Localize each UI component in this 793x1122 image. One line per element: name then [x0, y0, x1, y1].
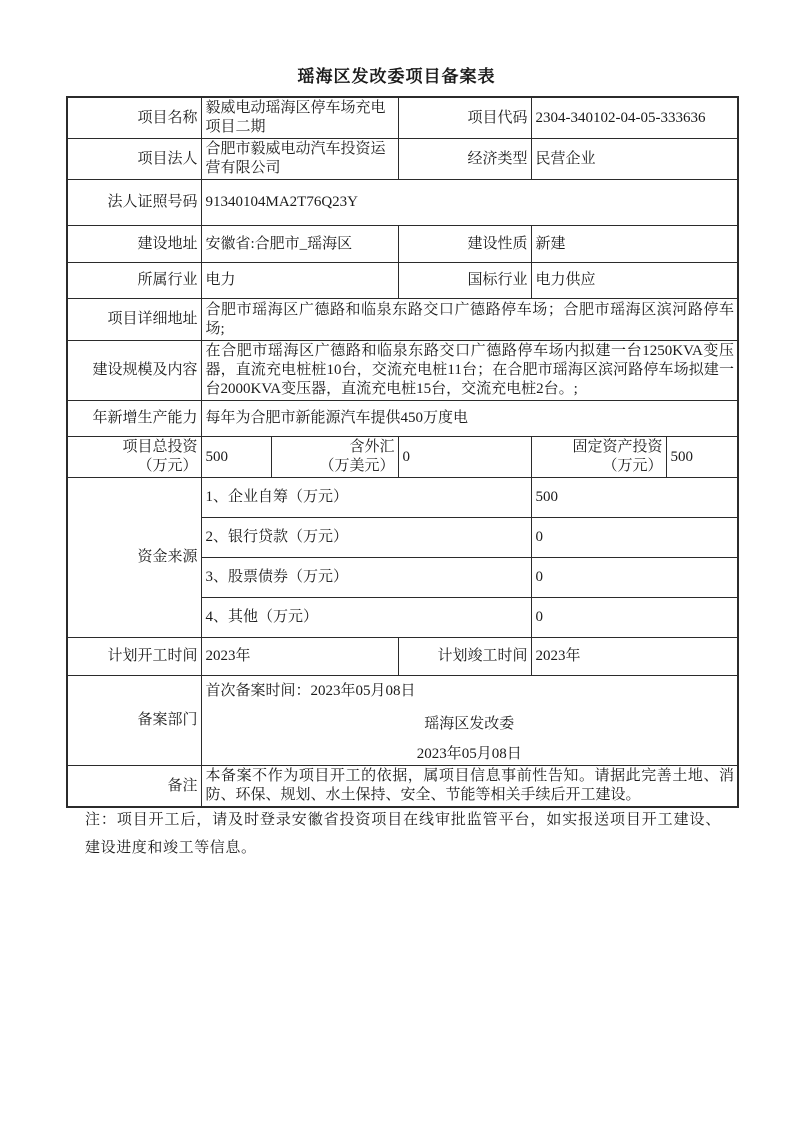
funding-item-3-name: 3、股票债券（万元） — [201, 558, 531, 598]
total-investment-value: 500 — [201, 437, 271, 478]
project-name-label: 项目名称 — [67, 97, 201, 139]
build-nature-label: 建设性质 — [398, 226, 531, 263]
funding-item-1-value: 500 — [531, 478, 738, 518]
row-investment: 项目总投资 （万元） 500 含外汇 （万美元） 0 固定资产投资 （万元） 5… — [67, 437, 738, 478]
first-filing-time: 首次备案时间：2023年05月08日 — [202, 676, 738, 701]
build-nature-value: 新建 — [531, 226, 738, 263]
row-scale-content: 建设规模及内容 在合肥市瑶海区广德路和临泉东路交口广德路停车场内拟建一台1250… — [67, 341, 738, 401]
row-legal-person: 项目法人 合肥市毅威电动汽车投资运营有限公司 经济类型 民营企业 — [67, 139, 738, 180]
foreign-exchange-value: 0 — [398, 437, 531, 478]
row-build-address: 建设地址 安徽省:合肥市_瑶海区 建设性质 新建 — [67, 226, 738, 263]
annual-capacity-label: 年新增生产能力 — [67, 401, 201, 437]
foreign-exchange-label: 含外汇 （万美元） — [271, 437, 398, 478]
plan-start-value: 2023年 — [201, 638, 398, 676]
funding-item-4-value: 0 — [531, 598, 738, 638]
plan-finish-label: 计划竣工时间 — [398, 638, 531, 676]
gb-industry-value: 电力供应 — [531, 263, 738, 299]
filing-dept-label: 备案部门 — [67, 676, 201, 766]
document-page: 瑶海区发改委项目备案表 项目名称 毅威电动瑶海区停车场充电项目二期 项目代码 2… — [0, 0, 793, 1122]
fixed-assets-label: 固定资产投资 （万元） — [531, 437, 666, 478]
annual-capacity-value: 每年为合肥市新能源汽车提供450万度电 — [201, 401, 738, 437]
plan-start-label: 计划开工时间 — [67, 638, 201, 676]
row-funding-1: 资金来源 1、企业自筹（万元） 500 — [67, 478, 738, 518]
industry-value: 电力 — [201, 263, 398, 299]
funding-source-label: 资金来源 — [67, 478, 201, 638]
project-code-label: 项目代码 — [398, 97, 531, 139]
license-no-value: 91340104MA2T76Q23Y — [201, 180, 738, 226]
legal-person-label: 项目法人 — [67, 139, 201, 180]
legal-person-value: 合肥市毅威电动汽车投资运营有限公司 — [201, 139, 398, 180]
filing-table: 项目名称 毅威电动瑶海区停车场充电项目二期 项目代码 2304-340102-0… — [66, 96, 739, 808]
scale-content-value: 在合肥市瑶海区广德路和临泉东路交口广德路停车场内拟建一台1250KVA变压器，直… — [201, 341, 738, 401]
license-no-label: 法人证照号码 — [67, 180, 201, 226]
total-investment-label: 项目总投资 （万元） — [67, 437, 201, 478]
row-plan-time: 计划开工时间 2023年 计划竣工时间 2023年 — [67, 638, 738, 676]
economy-type-value: 民营企业 — [531, 139, 738, 180]
filing-dept-cell: 首次备案时间：2023年05月08日 瑶海区发改委 2023年05月08日 — [201, 676, 738, 766]
row-license-no: 法人证照号码 91340104MA2T76Q23Y — [67, 180, 738, 226]
fixed-assets-value: 500 — [666, 437, 738, 478]
row-remark: 备注 本备案不作为项目开工的依据，属项目信息事前性告知。请据此完善土地、消防、环… — [67, 766, 738, 808]
row-filing-dept: 备案部门 首次备案时间：2023年05月08日 瑶海区发改委 2023年05月0… — [67, 676, 738, 766]
detail-address-label: 项目详细地址 — [67, 299, 201, 341]
footnote: 注：项目开工后，请及时登录安徽省投资项目在线审批监管平台，如实报送项目开工建设、… — [85, 806, 721, 862]
funding-item-1-name: 1、企业自筹（万元） — [201, 478, 531, 518]
build-address-value: 安徽省:合肥市_瑶海区 — [201, 226, 398, 263]
plan-finish-value: 2023年 — [531, 638, 738, 676]
row-detail-address: 项目详细地址 合肥市瑶海区广德路和临泉东路交口广德路停车场；合肥市瑶海区滨河路停… — [67, 299, 738, 341]
economy-type-label: 经济类型 — [398, 139, 531, 180]
page-title: 瑶海区发改委项目备案表 — [0, 62, 793, 87]
filing-date: 2023年05月08日 — [202, 745, 738, 764]
remark-label: 备注 — [67, 766, 201, 808]
project-name-value: 毅威电动瑶海区停车场充电项目二期 — [201, 97, 398, 139]
funding-item-4-name: 4、其他（万元） — [201, 598, 531, 638]
row-annual-capacity: 年新增生产能力 每年为合肥市新能源汽车提供450万度电 — [67, 401, 738, 437]
project-code-value: 2304-340102-04-05-333636 — [531, 97, 738, 139]
row-project-name: 项目名称 毅威电动瑶海区停车场充电项目二期 项目代码 2304-340102-0… — [67, 97, 738, 139]
funding-item-2-name: 2、银行贷款（万元） — [201, 518, 531, 558]
filing-agency: 瑶海区发改委 — [202, 715, 738, 734]
detail-address-value: 合肥市瑶海区广德路和临泉东路交口广德路停车场；合肥市瑶海区滨河路停车场; — [201, 299, 738, 341]
row-industry: 所属行业 电力 国标行业 电力供应 — [67, 263, 738, 299]
funding-item-2-value: 0 — [531, 518, 738, 558]
scale-content-label: 建设规模及内容 — [67, 341, 201, 401]
remark-value: 本备案不作为项目开工的依据，属项目信息事前性告知。请据此完善土地、消防、环保、规… — [201, 766, 738, 808]
industry-label: 所属行业 — [67, 263, 201, 299]
funding-item-3-value: 0 — [531, 558, 738, 598]
build-address-label: 建设地址 — [67, 226, 201, 263]
gb-industry-label: 国标行业 — [398, 263, 531, 299]
